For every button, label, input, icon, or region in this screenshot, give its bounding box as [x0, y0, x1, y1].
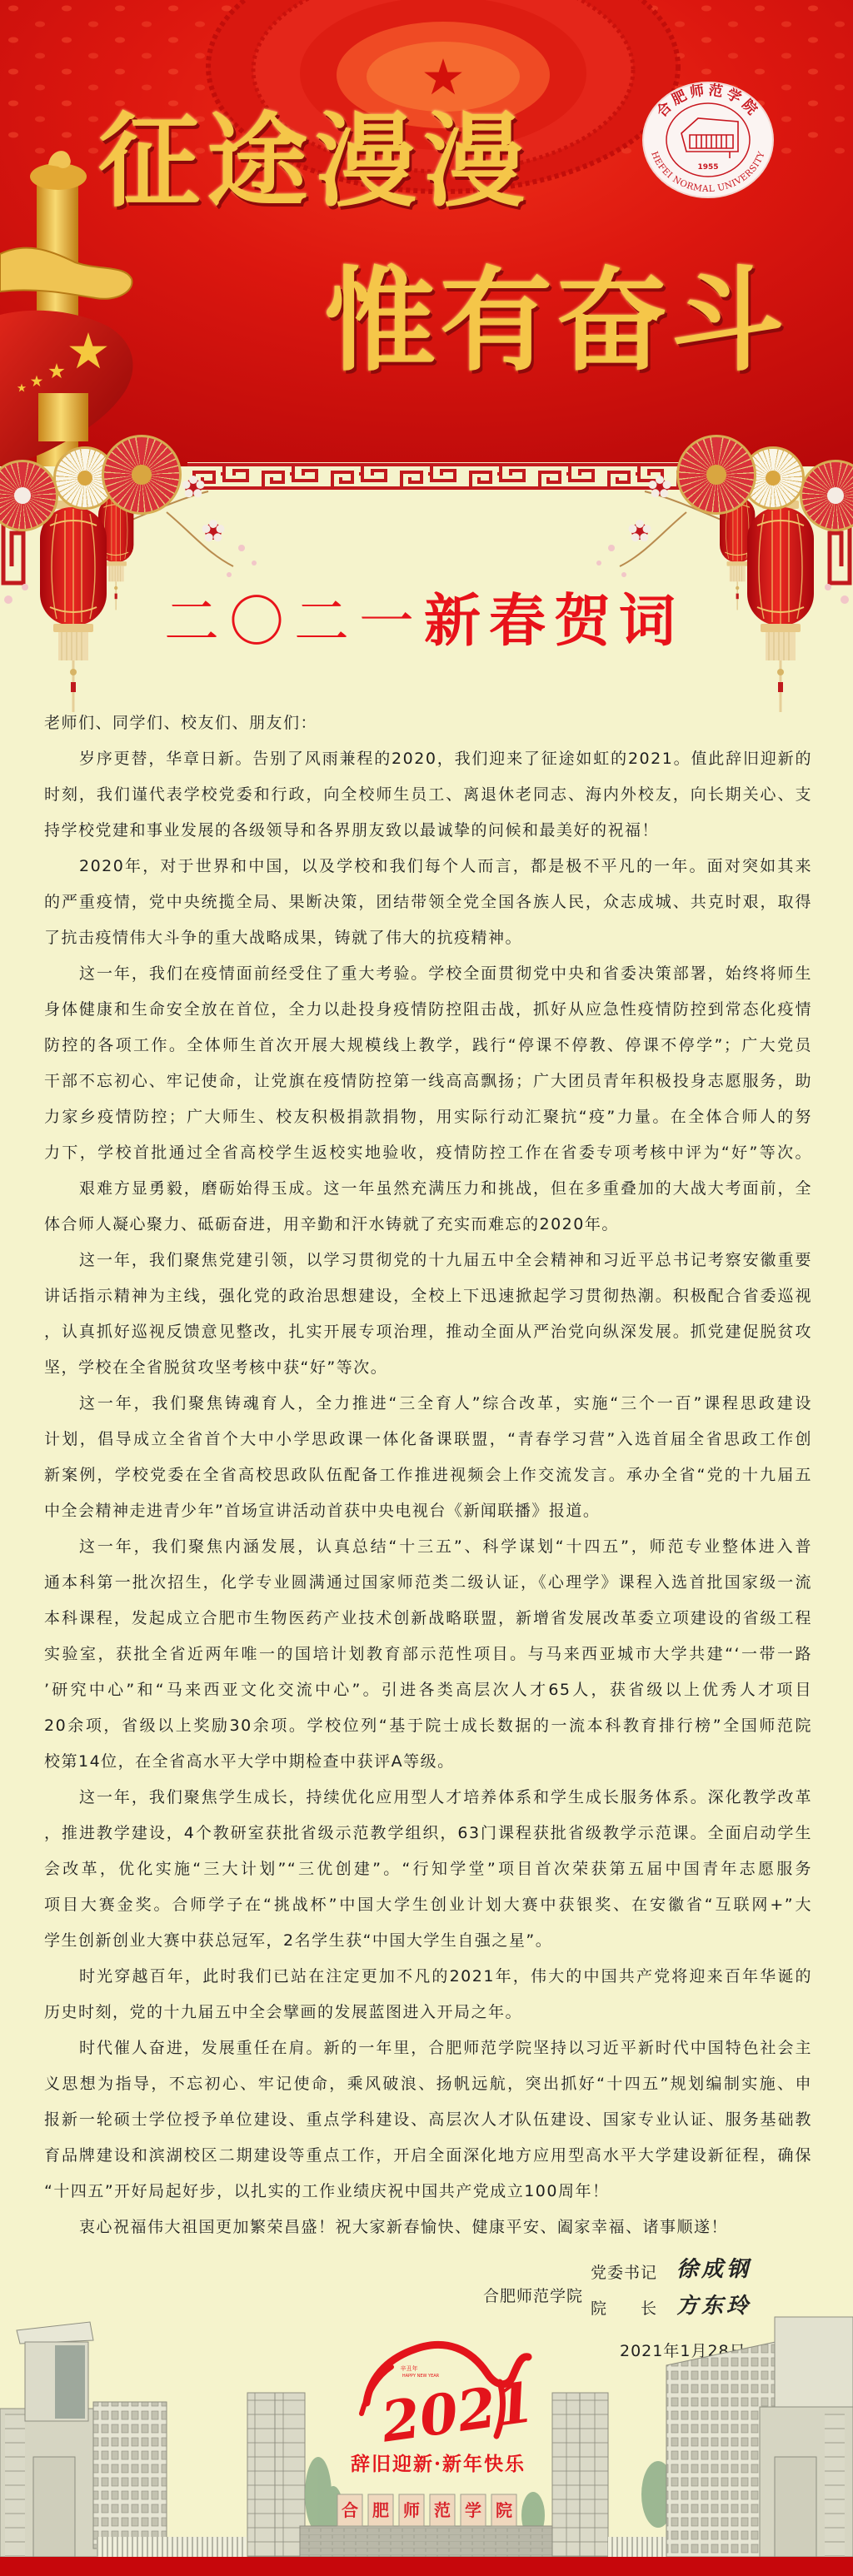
letter-line: 了抗击疫情伟大斗争的重大战略成果，铸就了伟大的抗疫精神。 [44, 920, 812, 956]
campus-gate-illustration: 合 肥 师 范 学 院 2021 辛丑年 HAPPY N [0, 2315, 853, 2576]
gate-sign: 合 肥 师 范 学 院 [337, 2494, 516, 2526]
letter-line: 身体健康和生命安全放在首位，全力以赴投身疫情防控阻击战，抓好从应急性疫情防控到常… [44, 992, 812, 1028]
letter-line: 这一年，我们聚焦内涵发展，认真总结“十三五”、科学谋划“十四五”，师范专业整体进… [44, 1529, 812, 1565]
letter-line: ，认真抓好巡视反馈意见整改，扎实开展专项治理，推动全面从严治党向纵深发展。抓党建… [44, 1314, 812, 1350]
letter-line: 体合师人凝心聚力、砥砺奋进，用辛勤和汗水铸就了充实而难忘的2020年。 [44, 1207, 812, 1243]
letter-line: ’研究中心”和“马来西亚文化交流中心”。引进各类高层次人才65人，获省级以上优秀… [44, 1672, 812, 1708]
gate-sign-char: 肥 [372, 2500, 389, 2520]
university-logo: 1955 合肥师范学院 HEFEI NORMAL UNIVERSITY [643, 81, 773, 197]
title-main: 新春贺词 [424, 588, 684, 655]
signer-role-party-secretary: 党委书记 [591, 2260, 657, 2283]
letter-line: 这一年，我们在疫情面前经受住了重大考验。学校全面贯彻党中央和省委决策部署，始终将… [44, 956, 812, 992]
letter-line: 育品牌建设和滨湖校区二期建设等重点工作，开启全面深化地方应用型高水平大学建设新征… [44, 2138, 812, 2174]
letter-line: 报新一轮硕士学位授予单位建设、重点学科建设、高层次人才队伍建设、国家专业认证、服… [44, 2102, 812, 2138]
logo-founded-year: 1955 [697, 163, 718, 172]
ox-logo-small-cn: 辛丑年 [401, 2364, 418, 2372]
title-year: 二〇二一 [164, 590, 424, 654]
letter-line: 通本科第一批次招生，化学专业圆满通过国家师范类二级认证，《心理学》课程入选首批国… [44, 1565, 812, 1601]
gate-sign-char: 合 [342, 2500, 358, 2520]
letter-line: 时代催人奋进，发展重任在肩。新的一年里，合肥师范学院坚持以习近平新时代中国特色社… [44, 2030, 812, 2066]
plum-blossom-icon [202, 520, 225, 541]
lantern-large-right [747, 501, 814, 712]
gate-sign-char: 师 [403, 2500, 420, 2520]
new-year-greeting-poster: 1955 合肥师范学院 HEFEI NORMAL UNIVERSITY 征途漫漫… [0, 0, 853, 2576]
letter-line: 坚，学校在全省脱贫攻坚考核中获“好”等次。 [44, 1350, 812, 1386]
letter-line: 这一年，我们聚焦党建引领，以学习贯彻党的十九届五中全会精神和习近平总书记考察安徽… [44, 1243, 812, 1278]
footer-red-strip [0, 2557, 853, 2576]
letter-line: 义思想为指导，不忘初心、牢记使命，乘风破浪、扬帆远航，突出抓好“十四五”规划编制… [44, 2066, 812, 2102]
plum-blossom-icon [629, 520, 651, 541]
ox-logo-year: 2021 [377, 2369, 538, 2455]
letter-line: 计划，倡导成立全省首个大中小学思政课一体化备课联盟，“青春学习营”入选首届全省思… [44, 1422, 812, 1457]
letter-line: 这一年，我们聚焦学生成长，持续优化应用型人才培养体系和学生成长服务体系。深化教学… [44, 1780, 812, 1816]
slogan-line-2: 惟有奋斗 [324, 250, 787, 391]
letter-line: 讲话指示精神为主线，强化党的政治思想建设，全校上下迅速掀起学习贯彻热潮。积极配合… [44, 1278, 812, 1314]
salutation: 老师们、同学们、校友们、朋友们： [44, 705, 812, 741]
letter-line: 干部不忘初心、牢记使命，让党旗在疫情防控第一线高高飘扬；广大团员青年积极投身志愿… [44, 1064, 812, 1099]
letter-line: 力家乡疫情防控；广大师生、校友积极捐款捐物，用实际行动汇聚抗“疫”力量。在全体合… [44, 1099, 812, 1135]
signer-name-party-secretary: 徐成钢 [676, 2252, 751, 2283]
right-buildings [552, 2317, 853, 2557]
letter-body: 老师们、同学们、校友们、朋友们： 岁序更替，华章日新。告别了风雨兼程的2020，… [44, 705, 812, 2245]
letter-line: 本科课程，发起成立合肥市生物医药产业技术创新战略联盟，新增省发展改革委立项建设的… [44, 1601, 812, 1637]
gate-wall [300, 2526, 554, 2557]
gate-sign-char: 范 [434, 2500, 451, 2520]
letter-line: 的严重疫情，党中央统揽全局、果断决策，团结带领全党全国各族人民，众志成城、共克时… [44, 884, 812, 920]
lantern-large-left [40, 501, 107, 712]
letter-line: 这一年，我们聚焦铸魂育人，全力推进“三全育人”综合改革，实施“三个一百”课程思政… [44, 1386, 812, 1422]
letter-line: 艰难方显勇毅，磨砺始得玉成。这一年虽然充满压力和挑战，但在多重叠加的大战大考面前… [44, 1171, 812, 1207]
ox-2021-logo: 2021 辛丑年 HAPPY NEW YEAR [362, 2344, 538, 2454]
letter-line: 校第14位，在全省高水平大学中期检查中获评A等级。 [44, 1744, 812, 1780]
letter-line: 新案例，学校党委在全省高校思政队伍配备工作推进视频会上作交流发言。承办全省“党的… [44, 1457, 812, 1493]
letter-line: 中全会精神走进青少年”首场宣讲活动首获中央电视台《新闻联播》报道。 [44, 1493, 812, 1529]
letter-line: 2020年，对于世界和中国，以及学校和我们每个人而言，都是极不平凡的一年。面对突… [44, 849, 812, 884]
footer-slogan: 辞旧迎新·新年快乐 [344, 2449, 532, 2476]
fan-ornament-right-red [676, 435, 756, 515]
letter-line: 防控的各项工作。全体师生首次开展大规模线上教学，践行“停课不停教、停课不停学”；… [44, 1028, 812, 1064]
letter-line: 会改革，优化实施“三大计划”“三优创建”。“行知学堂”项目首次荣获第五届中国青年… [44, 1851, 812, 1887]
gate-sign-char: 院 [496, 2500, 512, 2520]
letter-line: 时光穿越百年，此时我们已站在注定更加不凡的2021年，伟大的中国共产党将迎来百年… [44, 1959, 812, 1995]
letter-line: 时刻，我们谨代表学校党委和行政，向全校师生员工、离退休老同志、海内外校友，向长期… [44, 777, 812, 813]
letter-line: “十四五”开好局起好步，以扎实的工作业绩庆祝中国共产党成立100周年！ [44, 2174, 812, 2210]
letter-line: 20余项，省级以上奖励30余项。学校位列“基于院士成长数据的一流本科教育排行榜”… [44, 1708, 812, 1744]
letter-line: 历史时刻，党的十九届五中全会擘画的发展蓝图进入开局之年。 [44, 1995, 812, 2030]
fan-ornament-left-red [102, 435, 182, 515]
letter-title: 二〇二一新春贺词 [164, 586, 697, 656]
letter-line: 衷心祝福伟大祖国更加繁荣昌盛！祝大家新春愉快、健康平安、阖家幸福、诸事顺遂！ [44, 2210, 812, 2245]
gate-sign-char: 学 [465, 2500, 481, 2520]
letter-line: 学生创新创业大赛中获总冠军，2名学生获“中国大学生自强之星”。 [44, 1923, 812, 1959]
header-banner: 1955 合肥师范学院 HEFEI NORMAL UNIVERSITY [0, 0, 853, 466]
letter-line: 持学校党建和事业发展的各级领导和各界朋友致以最诚挚的问候和最美好的祝福！ [44, 813, 812, 849]
letter-line: 实验室，获批全省近两年唯一的国培计划教育部示范性项目。与马来西亚城市大学共建“‘… [44, 1637, 812, 1672]
signature-institution: 合肥师范学院 [483, 2284, 583, 2306]
letter-line: 力下，学校首批通过全省高校学生返校实地验收，疫情防控工作在省委专项考核中评为“好… [44, 1135, 812, 1171]
letter-line: 项目大赛金奖。合师学子在“挑战杯”中国大学生创业计划大赛中获银奖、在安徽省“互联… [44, 1887, 812, 1923]
letter-line: ，推进教学建设，4个教研室获批省级示范教学组织，63门课程获批省级教学示范课。全… [44, 1816, 812, 1851]
letter-line: 岁序更替，华章日新。告别了风雨兼程的2020，我们迎来了征途如虹的2021。值此… [44, 741, 812, 777]
left-buildings [0, 2322, 305, 2557]
ox-logo-small-en: HAPPY NEW YEAR [402, 2374, 440, 2379]
fretwork-border [187, 462, 683, 491]
slogan-line-1: 征途漫漫 [98, 98, 531, 223]
